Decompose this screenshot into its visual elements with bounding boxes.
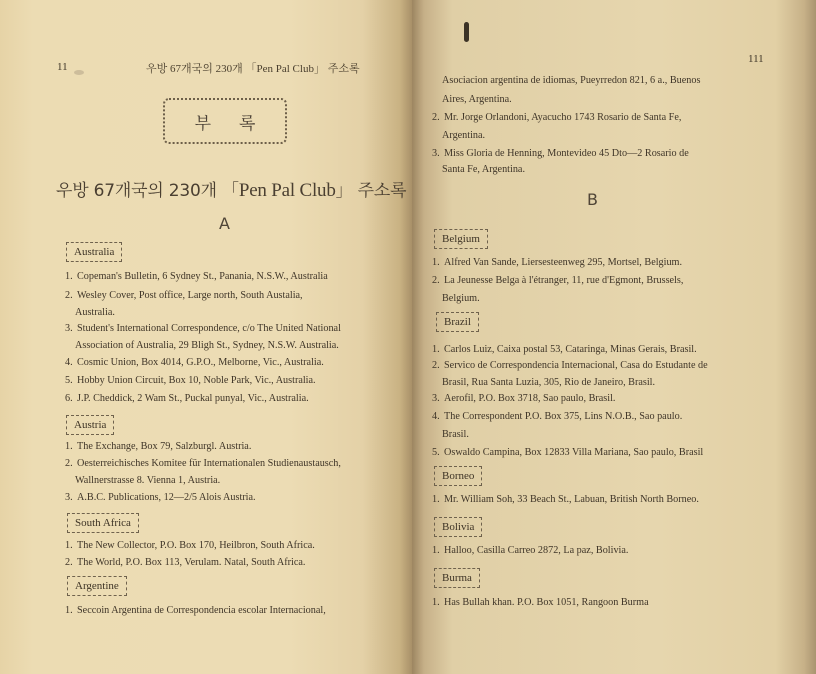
- section-letter-a: A: [219, 214, 230, 233]
- list-item-continuation: Santa Fe, Argentina.: [442, 163, 525, 176]
- list-item-continuation: Wallnerstrasse 8. Vienna 1, Austria.: [75, 474, 220, 487]
- country-heading-bolivia: Bolivia: [434, 517, 482, 537]
- list-item: 2.Wesley Cover, Post office, Large north…: [65, 289, 303, 302]
- list-item: 1.Seccoin Argentina de Correspondencia e…: [65, 604, 326, 617]
- list-item: 3.Aerofil, P.O. Box 3718, Sao paulo, Bra…: [432, 392, 615, 405]
- list-item-continuation: Brasil, Rua Santa Luzia, 305, Rio de Jan…: [442, 376, 655, 389]
- list-item-continuation: Association of Australia, 29 Bligh St., …: [75, 339, 339, 352]
- list-item: 2.La Jeunesse Belga à l'étranger, 11, ru…: [432, 274, 683, 287]
- list-item: 4.The Correspondent P.O. Box 375, Lins N…: [432, 410, 682, 423]
- list-item: 1.Alfred Van Sande, Liersesteenweg 295, …: [432, 256, 682, 269]
- list-item: 5.Hobby Union Circuit, Box 10, Noble Par…: [65, 374, 316, 387]
- section-letter-b: B: [587, 190, 598, 209]
- right-page: 111 Asociacion argentina de idiomas, Pue…: [412, 0, 816, 674]
- list-item: 5.Oswaldo Campina, Box 12833 Villa Maria…: [432, 446, 703, 459]
- list-item-continuation: Argentina.: [442, 129, 485, 142]
- country-heading-borneo: Borneo: [434, 466, 482, 486]
- running-head: 우방 67개국의 230개 「Pen Pal Club」 주소록: [146, 60, 360, 76]
- list-item: 1.Mr. William Soh, 33 Beach St., Labuan,…: [432, 493, 699, 506]
- list-item: 1.The Exchange, Box 79, Salzburgl. Austr…: [65, 440, 251, 453]
- country-heading-brazil: Brazil: [436, 312, 479, 332]
- list-item: 1.Has Bullah khan. P.O. Box 1051, Rangoo…: [432, 596, 649, 609]
- list-item: 1.Carlos Luiz, Caixa postal 53, Cataring…: [432, 343, 697, 356]
- list-item-continuation: Australia.: [75, 306, 115, 319]
- list-item: 4.Cosmic Union, Box 4014, G.P.O., Melbor…: [65, 356, 324, 369]
- main-title: 우방 67개국의 230개 「Pen Pal Club」 주소록: [56, 176, 406, 202]
- list-item: 3.Miss Gloria de Henning, Montevideo 45 …: [432, 147, 689, 160]
- page-number: 11: [57, 61, 68, 73]
- page-number: 111: [748, 53, 764, 65]
- country-heading-belgium: Belgium: [434, 229, 488, 249]
- list-item-continuation: Brasil.: [442, 428, 469, 441]
- country-heading-south-africa: South Africa: [67, 513, 139, 533]
- list-item-continuation: Belgium.: [442, 292, 480, 305]
- country-heading-australia: Australia: [66, 242, 122, 262]
- country-heading-argentine: Argentine: [67, 576, 127, 596]
- list-item: 2.Oesterreichisches Komitee für Internat…: [65, 457, 341, 470]
- list-item: 1.The New Collector, P.O. Box 170, Heilb…: [65, 539, 315, 552]
- main-title-korean-prefix: 우방 67개국의 230개 「: [56, 181, 239, 201]
- list-item: 3.Student's International Correspondence…: [65, 322, 341, 335]
- list-item: 2.Mr. Jorge Orlandoni, Ayacucho 1743 Ros…: [432, 111, 681, 124]
- country-heading-burma: Burma: [434, 568, 480, 588]
- list-item: 2.The World, P.O. Box 113, Verulam. Nata…: [65, 556, 305, 569]
- list-item-continuation: Asociacion argentina de idiomas, Pueyrre…: [442, 74, 700, 87]
- country-heading-austria: Austria: [66, 415, 114, 435]
- appendix-label: 부록: [163, 98, 287, 144]
- list-item: 1.Halloo, Casilla Carreo 2872, La paz, B…: [432, 544, 628, 557]
- left-page: 11 우방 67개국의 230개 「Pen Pal Club」 주소록 부록 우…: [0, 0, 412, 674]
- list-item-continuation: Aires, Argentina.: [442, 93, 512, 106]
- book-spread: 11 우방 67개국의 230개 「Pen Pal Club」 주소록 부록 우…: [0, 0, 816, 674]
- list-item: 1.Copeman's Bulletin, 6 Sydney St., Pana…: [65, 270, 328, 283]
- list-item: 2.Servico de Correspondencia Internacion…: [432, 359, 708, 372]
- list-item: 3.A.B.C. Publications, 12—2/5 Alois Aust…: [65, 491, 256, 504]
- main-title-latin: Pen Pal Club: [239, 180, 336, 201]
- list-item: 6.J.P. Cheddick, 2 Wam St., Puckal punya…: [65, 392, 309, 405]
- main-title-korean-suffix: 」 주소록: [336, 181, 407, 201]
